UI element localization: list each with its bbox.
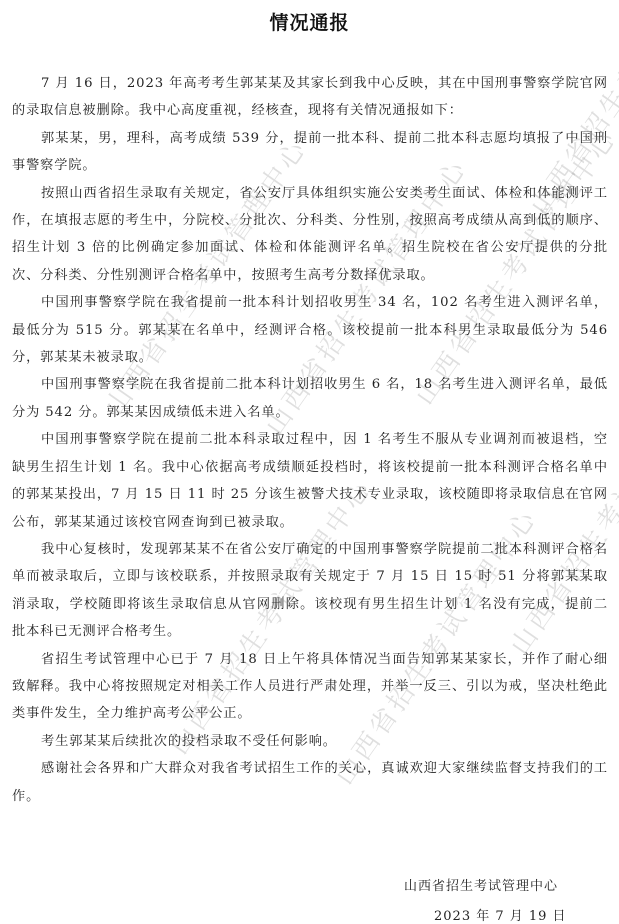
- paragraph-candidate: 郭某某，男，理科，高考成绩 539 分，提前一批本科、提前二批本科志愿均填报了中…: [12, 125, 608, 180]
- paragraph-thanks: 感谢社会各界和广大群众对我省考试招生工作的关心，真诚欢迎大家继续监督支持我们的工…: [12, 755, 608, 810]
- paragraph-review: 我中心复核时，发现郭某某不在省公安厅确定的中国刑事警察学院提前二批本科测评合格名…: [12, 536, 608, 646]
- paragraph-intro: 7 月 16 日，2023 年高考考生郭某某及其家长到我中心反映，其在中国刑事警…: [12, 70, 608, 125]
- signature-organization: 山西省招生考试管理中心: [404, 875, 558, 894]
- paragraph-no-impact: 考生郭某某后续批次的投档录取不受任何影响。: [12, 728, 608, 755]
- paragraph-handling: 省招生考试管理中心已于 7 月 18 日上午将具体情况当面告知郭某某家长，并作了…: [12, 646, 608, 728]
- document-title: 情况通报: [0, 8, 619, 35]
- paragraph-rules: 按照山西省招生录取有关规定，省公安厅具体组织实施公安类考生面试、体检和体能测评工…: [12, 180, 608, 290]
- paragraph-admission-process: 中国刑事警察学院在提前二批本科录取过程中，因 1 名考生不服从专业调剂而被退档，…: [12, 426, 608, 536]
- paragraph-batch-two: 中国刑事警察学院在我省提前二批本科计划招收男生 6 名，18 名考生进入测评名单…: [12, 371, 608, 426]
- paragraph-batch-one: 中国刑事警察学院在我省提前一批本科计划招收男生 34 名，102 名考生进入测评…: [12, 289, 608, 371]
- signature-date: 2023 年 7 月 19 日: [434, 905, 567, 924]
- document-body: 7 月 16 日，2023 年高考考生郭某某及其家长到我中心反映，其在中国刑事警…: [12, 70, 608, 810]
